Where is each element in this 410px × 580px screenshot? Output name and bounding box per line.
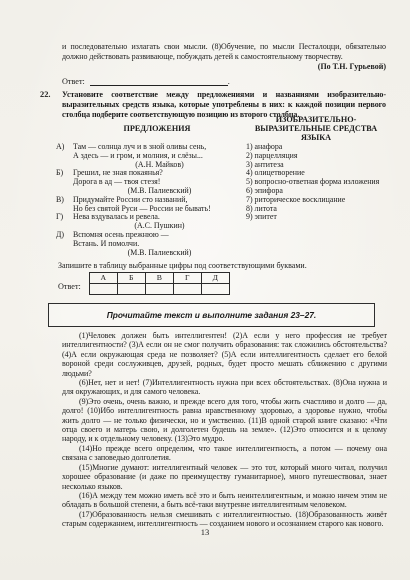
reading-passage: (1)Человек должен быть интеллигентен! (2…	[62, 331, 387, 529]
item-lines: Нева вздувалась и ревела. (А.С. Пушкин)	[73, 213, 246, 231]
answer-value-cell	[89, 284, 117, 295]
prev-answer-row: Ответ: .	[62, 77, 386, 86]
prev-task-text: и последовательно излагать свои мысли. (…	[62, 42, 386, 61]
item-letter: Г)	[56, 213, 73, 231]
poem-attribution: (М.В. Палиевский)	[73, 249, 246, 258]
task22-number: 22.	[40, 90, 62, 119]
answer-table-header-row: А Б В Г Д	[89, 273, 229, 284]
item-lines: Придумайте России сто названий, Но без с…	[73, 196, 246, 214]
sentence-item-v: В) Придумайте России сто названий, Но бе…	[56, 196, 246, 214]
banner-text: Прочитайте текст и выполните задания 23–…	[107, 310, 316, 320]
sentence-item-a: А) Там — солнца луч и в зной оливы сень,…	[56, 143, 246, 169]
item-letter: В)	[56, 196, 73, 214]
passage-paragraph: (17)Образованность нельзя смешивать с ин…	[62, 510, 387, 529]
item-lines: Вспомня осень прежнюю — Встань. И помолч…	[73, 231, 246, 257]
prev-answer-blank	[90, 78, 228, 86]
scanned-exam-page: и последовательно излагать свои мысли. (…	[0, 0, 410, 580]
devices-column: 1) анафора 2) парцелляция 3) антитеза 4)…	[246, 143, 386, 257]
answer-header-cell: Д	[201, 273, 229, 284]
sentence-item-b: Б) Грешил, не зная покаянья? Дорога в ад…	[56, 169, 246, 195]
passage-paragraph: (16)А между тем можно иметь всё это и бы…	[62, 491, 387, 510]
item-lines: Грешил, не зная покаянья? Дорога в ад — …	[73, 169, 246, 195]
passage-paragraph: (15)Многие думают: интеллигентный челове…	[62, 463, 387, 491]
item-letter: А)	[56, 143, 73, 169]
passage-paragraph: (6)Нет, нет и нет! (7)Интеллигентность н…	[62, 378, 387, 397]
answer-header-cell: Б	[117, 273, 145, 284]
prev-task-attribution: (По Т.Н. Гурьевой)	[62, 62, 386, 72]
task22-note: Запишите в таблицу выбранные цифры под с…	[58, 261, 388, 271]
item-letter: Б)	[56, 169, 73, 195]
answer-header-cell: Г	[173, 273, 201, 284]
answer-table: А Б В Г Д	[89, 272, 230, 295]
sentence-item-g: Г) Нева вздувалась и ревела. (А.С. Пушки…	[56, 213, 246, 231]
devices-column-header: ИЗОБРАЗИТЕЛЬНО-ВЫРАЗИТЕЛЬНЫЕ СРЕДСТВА ЯЗ…	[246, 116, 386, 142]
matching-column-headers: ПРЕДЛОЖЕНИЯ ИЗОБРАЗИТЕЛЬНО-ВЫРАЗИТЕЛЬНЫЕ…	[56, 116, 386, 142]
answer-value-cell	[145, 284, 173, 295]
device-option-9: 9) эпитет	[246, 213, 386, 222]
answer-header-cell: В	[145, 273, 173, 284]
task22-answer-area: Ответ: А Б В Г Д	[58, 272, 230, 295]
sentences-column-header: ПРЕДЛОЖЕНИЯ	[56, 125, 246, 134]
answer-header-cell: А	[89, 273, 117, 284]
answer-value-cell	[173, 284, 201, 295]
answer-value-cell	[201, 284, 229, 295]
item-lines: Там — солнца луч и в зной оливы сень, А …	[73, 143, 246, 169]
answer-value-cell	[117, 284, 145, 295]
sentence-item-d: Д) Вспомня осень прежнюю — Встань. И пом…	[56, 231, 246, 257]
passage-paragraph: (14)Но прежде всего определим, что такое…	[62, 444, 387, 463]
page-number: 13	[0, 527, 410, 537]
prev-task-section: и последовательно излагать свои мысли. (…	[62, 42, 386, 86]
matching-columns: А) Там — солнца луч и в зной оливы сень,…	[56, 143, 386, 257]
item-letter: Д)	[56, 231, 73, 257]
prev-answer-period: .	[228, 77, 230, 86]
task22-answer-label: Ответ:	[58, 282, 81, 291]
passage-paragraph: (9)Это очень, очень важно, и прежде всег…	[62, 397, 387, 444]
passage-paragraph: (1)Человек должен быть интеллигентен! (2…	[62, 331, 387, 378]
sentences-column: А) Там — солнца луч и в зной оливы сень,…	[56, 143, 246, 257]
prev-answer-label: Ответ:	[62, 77, 85, 86]
read-text-banner: Прочитайте текст и выполните задания 23–…	[48, 303, 375, 327]
answer-table-value-row	[89, 284, 229, 295]
